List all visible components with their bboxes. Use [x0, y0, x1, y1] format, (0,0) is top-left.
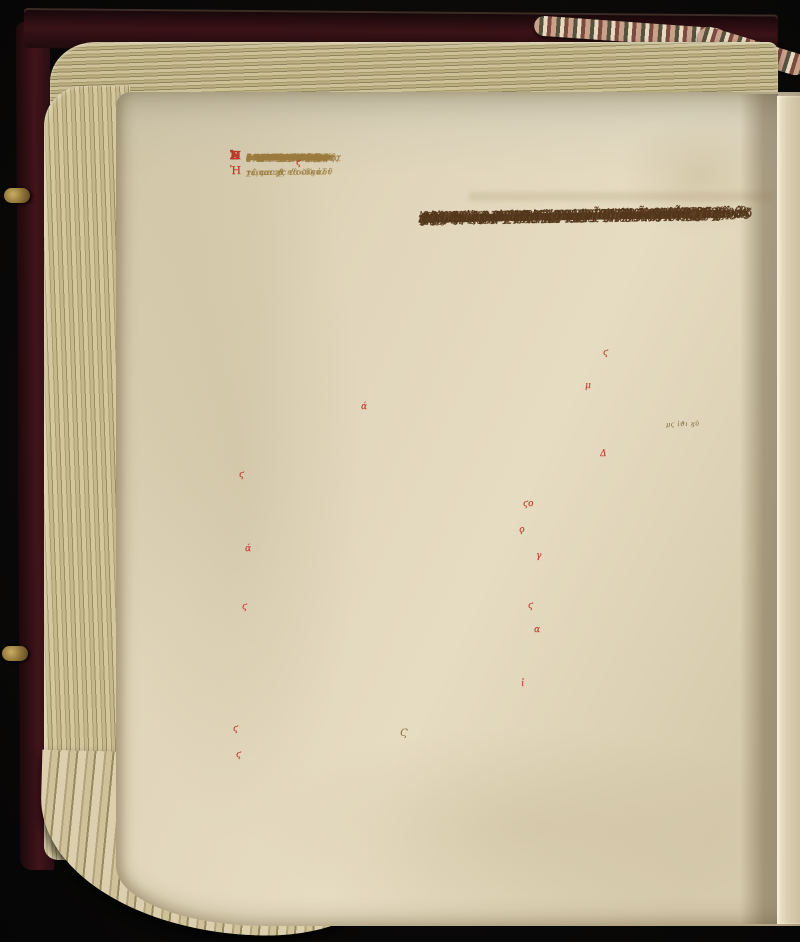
rubric-initial: Ἠ [230, 165, 242, 177]
interlinear-note: μϛ ἰϑι ϗῦ [666, 419, 700, 428]
margin-text-line: τε ταϲ ϑ · [246, 167, 290, 179]
margin-text-line: ϑ ϲϑ ϑ ϛ ϛ, τϛ χϛ ι· [246, 152, 331, 164]
next-page-edge [777, 96, 800, 924]
brass-clasp-bottom-icon [2, 646, 28, 661]
manuscript-photo: Ἰ πϲς μϛ τῶ ςο ὁ ϛ λϑ ϑω ξϛ ϑ λτ ϑα Κ τα… [0, 0, 800, 942]
rubric-initial: Ἀ [230, 150, 239, 162]
brass-clasp-top-icon [4, 188, 30, 203]
flourish-mark: Ϛ [400, 728, 408, 739]
